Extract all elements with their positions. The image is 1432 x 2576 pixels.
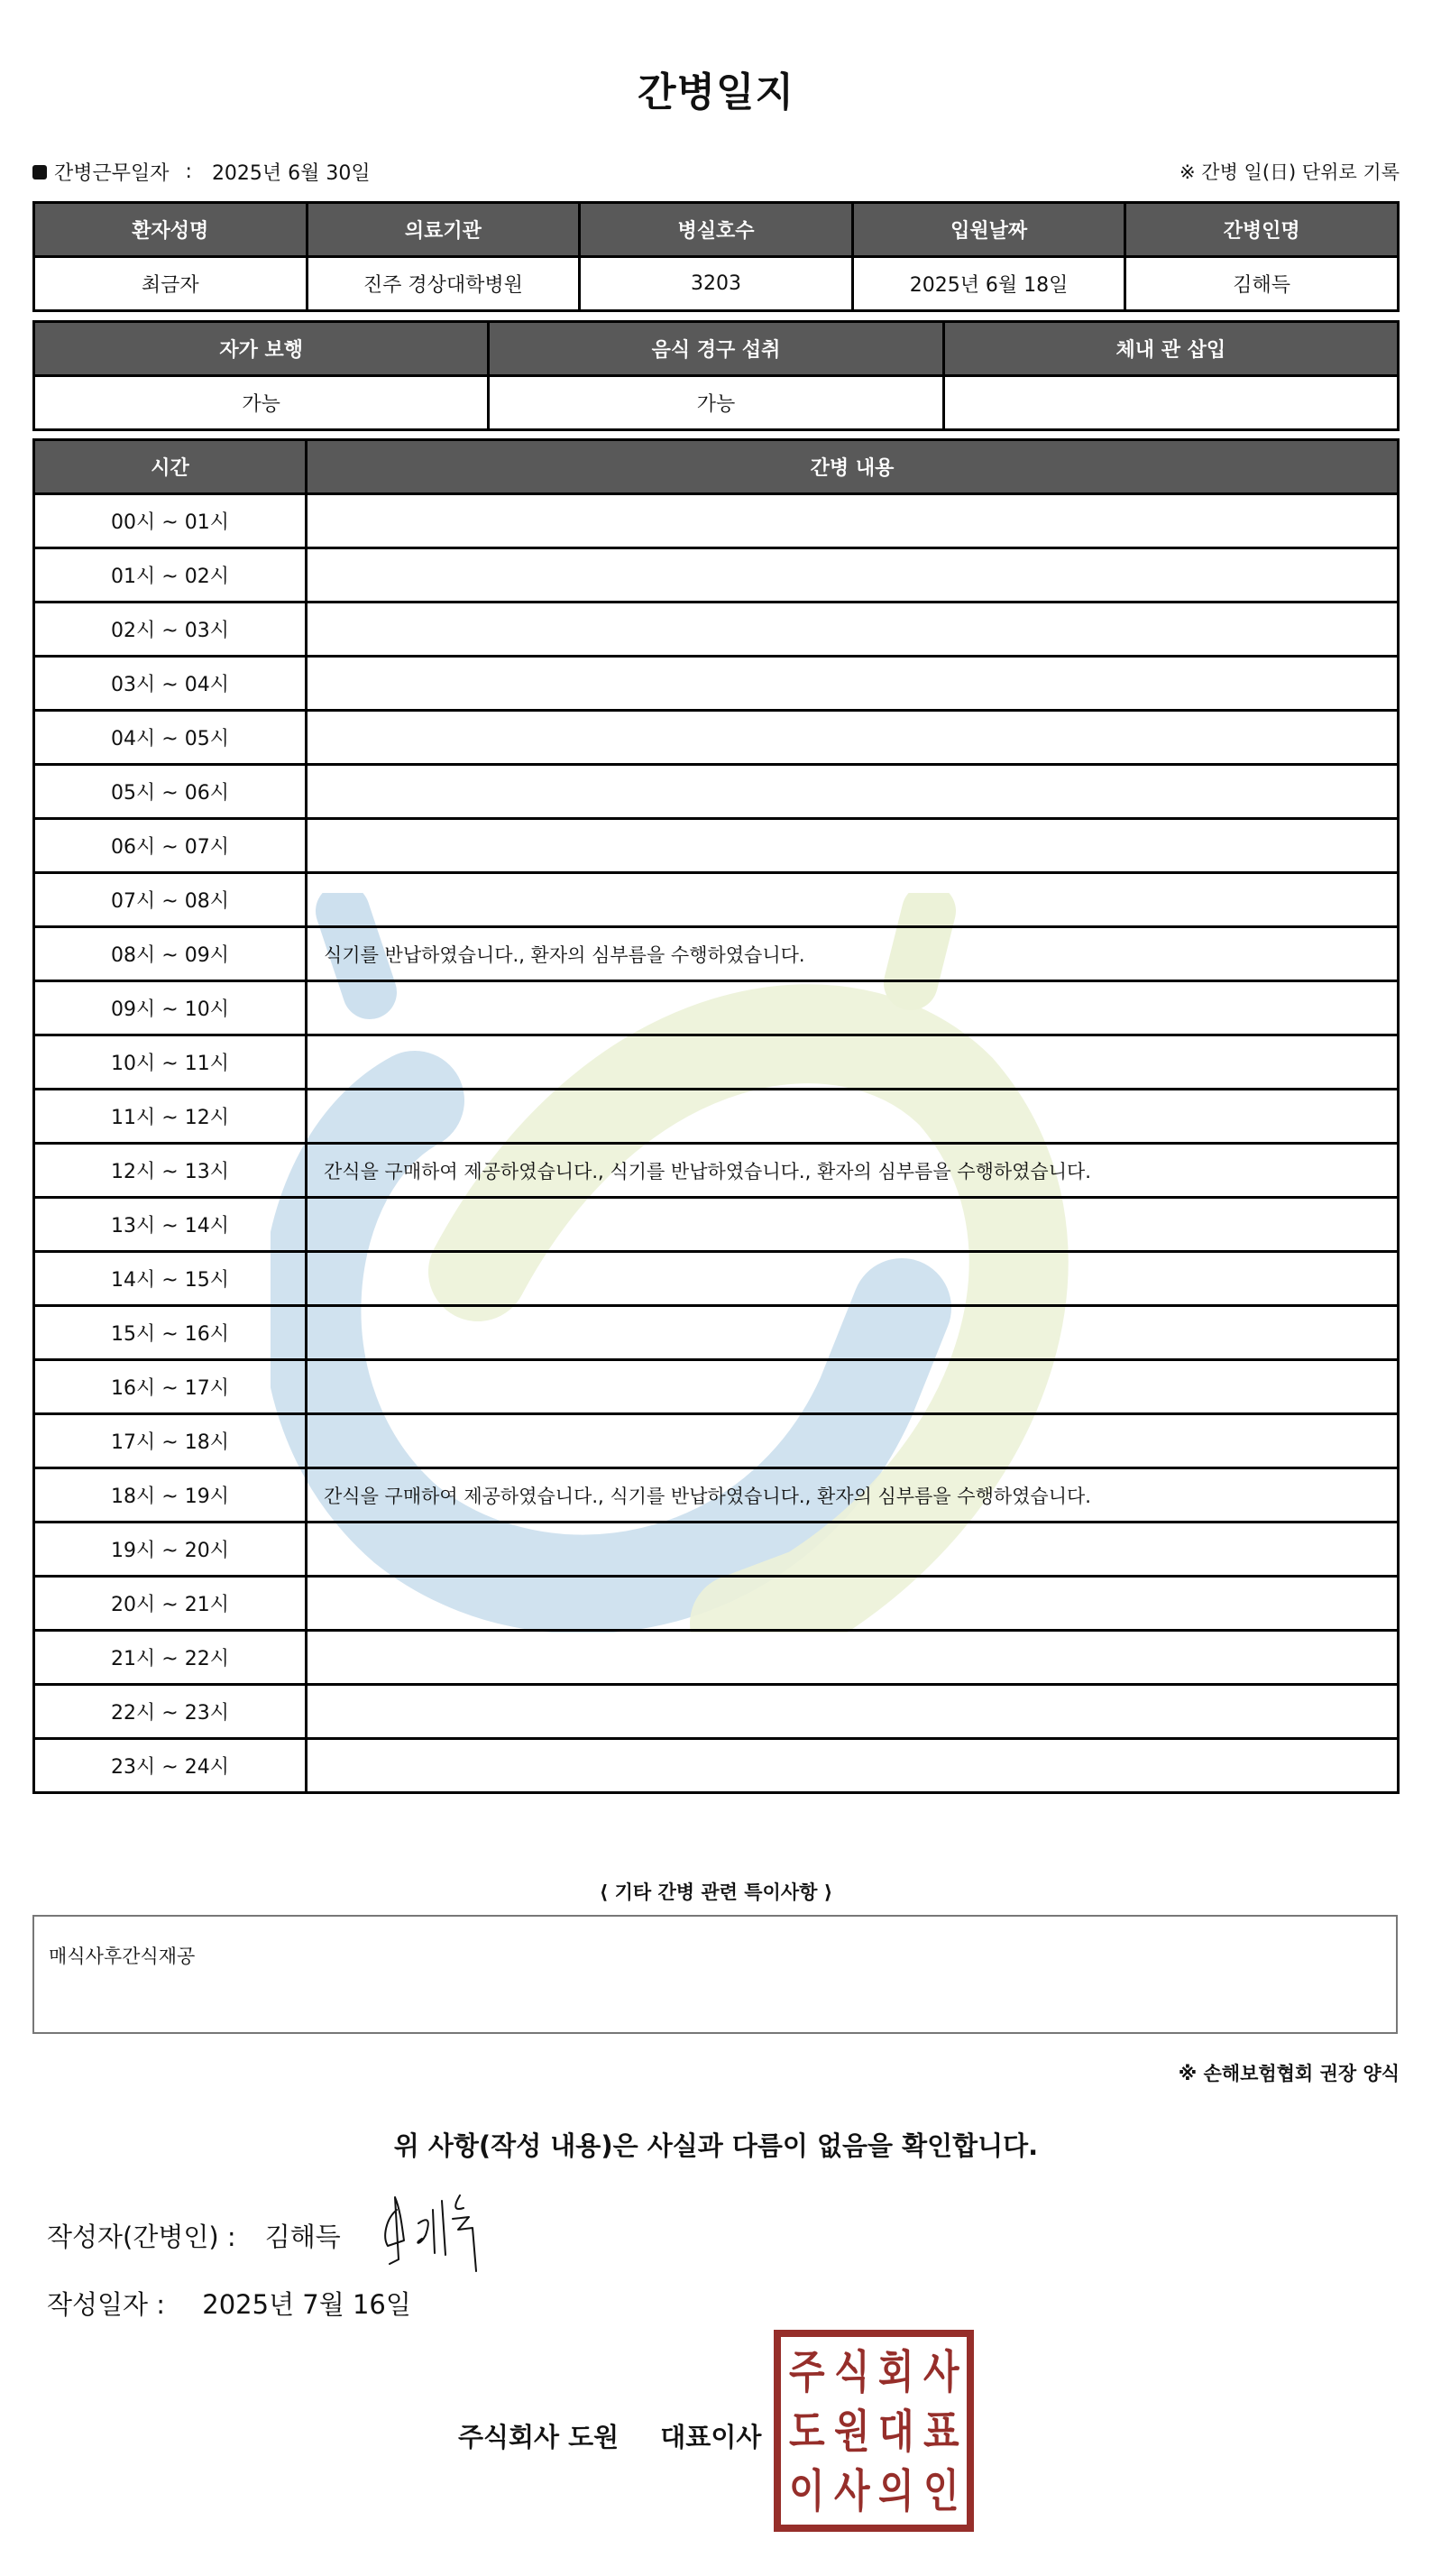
seal-character: 사	[833, 2461, 870, 2521]
time-slot-cell: 18시 ~ 19시	[34, 1468, 307, 1523]
care-content-cell: 식기를 반납하였습니다., 환자의 심부름을 수행하였습니다.	[307, 927, 1399, 981]
care-content-cell	[307, 711, 1399, 765]
care-content-cell	[307, 494, 1399, 548]
table-row: 00시 ~ 01시	[34, 494, 1399, 548]
time-slot-cell: 13시 ~ 14시	[34, 1198, 307, 1252]
time-slot-cell: 12시 ~ 13시	[34, 1144, 307, 1198]
table-row: 04시 ~ 05시	[34, 711, 1399, 765]
care-content-cell: 간식을 구매하여 제공하였습니다., 식기를 반납하였습니다., 환자의 심부름…	[307, 1144, 1399, 1198]
seal-character: 의	[877, 2461, 914, 2521]
remarks-title: ⟨ 기타 간병 관련 특이사항 ⟩	[0, 1878, 1432, 1905]
table-row: 08시 ~ 09시식기를 반납하였습니다., 환자의 심부름을 수행하였습니다.	[34, 927, 1399, 981]
header-tube-insertion: 체내 관 삽입	[943, 322, 1398, 376]
care-content-cell	[307, 819, 1399, 873]
patient-status-table: 자가 보행 음식 경구 섭취 체내 관 삽입 가능 가능	[32, 320, 1400, 431]
care-content-cell	[307, 765, 1399, 819]
table-row: 03시 ~ 04시	[34, 657, 1399, 711]
care-content-cell	[307, 1739, 1399, 1793]
time-slot-cell: 19시 ~ 20시	[34, 1523, 307, 1577]
remarks-box: 매식사후간식재공	[32, 1915, 1398, 2034]
signature-icon	[377, 2192, 521, 2273]
seal-character: 인	[923, 2461, 959, 2521]
company-name: 주식회사 도원	[458, 2422, 619, 2452]
table-row: 18시 ~ 19시간식을 구매하여 제공하였습니다., 식기를 반납하였습니다.…	[34, 1468, 1399, 1523]
admission-date-cell: 2025년 6월 18일	[852, 257, 1125, 311]
time-slot-cell: 04시 ~ 05시	[34, 711, 307, 765]
writer-label: 작성자(간병인) :	[47, 2217, 236, 2254]
table-row: 02시 ~ 03시	[34, 603, 1399, 657]
care-content-cell	[307, 1414, 1399, 1468]
care-date-label: 간병근무일자	[54, 158, 170, 186]
self-walking-cell: 가능	[34, 376, 489, 430]
seal-character: 사	[923, 2342, 959, 2402]
header-hospital: 의료기관	[307, 203, 580, 257]
care-date-line: 간병근무일자 : 2025년 6월 30일	[32, 158, 371, 186]
time-slot-cell: 20시 ~ 21시	[34, 1577, 307, 1631]
table-row: 15시 ~ 16시	[34, 1306, 1399, 1360]
written-date-line: 작성일자 : 2025년 7월 16일	[47, 2285, 411, 2322]
header-caregiver-name: 간병인명	[1125, 203, 1399, 257]
header-self-walking: 자가 보행	[34, 322, 489, 376]
patient-name-cell: 최금자	[34, 257, 308, 311]
room-number-cell: 3203	[580, 257, 853, 311]
time-slot-cell: 10시 ~ 11시	[34, 1035, 307, 1090]
care-date-value: 2025년 6월 30일	[212, 158, 371, 186]
care-content-cell	[307, 1523, 1399, 1577]
seal-character: 대	[877, 2402, 914, 2461]
header-patient-name: 환자성명	[34, 203, 308, 257]
confirmation-statement: 위 사항(작성 내용)은 사실과 다름이 없음을 확인합니다.	[0, 2126, 1432, 2163]
table-row: 17시 ~ 18시	[34, 1414, 1399, 1468]
time-slot-cell: 11시 ~ 12시	[34, 1090, 307, 1144]
seal-character: 이	[788, 2461, 825, 2521]
care-content-cell	[307, 1252, 1399, 1306]
bullet-square-icon	[32, 165, 47, 179]
table-row: 01시 ~ 02시	[34, 548, 1399, 603]
time-slot-cell: 15시 ~ 16시	[34, 1306, 307, 1360]
written-date-label: 작성일자 :	[47, 2289, 165, 2320]
remarks-text: 매식사후간식재공	[49, 1942, 195, 1969]
patient-info-table: 환자성명 의료기관 병실호수 입원날짜 간병인명 최금자 진주 경상대학병원 3…	[32, 201, 1400, 312]
care-log-table: 시간 간병 내용 00시 ~ 01시01시 ~ 02시02시 ~ 03시03시 …	[32, 438, 1400, 1794]
header-admission-date: 입원날짜	[852, 203, 1125, 257]
time-slot-cell: 07시 ~ 08시	[34, 873, 307, 927]
caregiver-name-cell: 김해득	[1125, 257, 1399, 311]
table-row: 11시 ~ 12시	[34, 1090, 1399, 1144]
table-row: 16시 ~ 17시	[34, 1360, 1399, 1414]
writer-name: 김해득	[265, 2217, 341, 2254]
table-row: 14시 ~ 15시	[34, 1252, 1399, 1306]
time-slot-cell: 05시 ~ 06시	[34, 765, 307, 819]
seal-character: 회	[877, 2342, 914, 2402]
table-row: 13시 ~ 14시	[34, 1198, 1399, 1252]
daily-record-note: ※ 간병 일(日) 단위로 기록	[1180, 158, 1400, 185]
care-content-cell	[307, 1685, 1399, 1739]
time-slot-cell: 22시 ~ 23시	[34, 1685, 307, 1739]
care-content-cell	[307, 1090, 1399, 1144]
header-time: 시간	[34, 440, 307, 494]
seal-character: 주	[788, 2342, 825, 2402]
header-oral-intake: 음식 경구 섭취	[489, 322, 943, 376]
company-signoff: 주식회사 도원 대표이사	[458, 2417, 761, 2454]
oral-intake-cell: 가능	[489, 376, 943, 430]
time-slot-cell: 01시 ~ 02시	[34, 548, 307, 603]
time-slot-cell: 08시 ~ 09시	[34, 927, 307, 981]
care-content-cell	[307, 1360, 1399, 1414]
time-slot-cell: 14시 ~ 15시	[34, 1252, 307, 1306]
company-ceo-title: 대표이사	[660, 2422, 761, 2452]
hospital-cell: 진주 경상대학병원	[307, 257, 580, 311]
table-row: 10시 ~ 11시	[34, 1035, 1399, 1090]
care-content-cell	[307, 1631, 1399, 1685]
seal-character: 도	[788, 2402, 825, 2461]
table-row: 20시 ~ 21시	[34, 1577, 1399, 1631]
seal-character: 식	[833, 2342, 870, 2402]
time-slot-cell: 00시 ~ 01시	[34, 494, 307, 548]
table-row: 22시 ~ 23시	[34, 1685, 1399, 1739]
care-content-cell	[307, 1577, 1399, 1631]
time-slot-cell: 02시 ~ 03시	[34, 603, 307, 657]
table-row: 23시 ~ 24시	[34, 1739, 1399, 1793]
time-slot-cell: 09시 ~ 10시	[34, 981, 307, 1035]
seal-character: 원	[833, 2402, 870, 2461]
care-content-cell	[307, 548, 1399, 603]
form-source-note: ※ 손해보험협회 권장 양식	[1179, 2059, 1400, 2086]
care-content-cell	[307, 981, 1399, 1035]
care-content-cell	[307, 603, 1399, 657]
table-row: 06시 ~ 07시	[34, 819, 1399, 873]
care-content-cell	[307, 873, 1399, 927]
table-row: 21시 ~ 22시	[34, 1631, 1399, 1685]
time-slot-cell: 03시 ~ 04시	[34, 657, 307, 711]
tube-insertion-cell	[943, 376, 1398, 430]
seal-character: 표	[923, 2402, 959, 2461]
time-slot-cell: 17시 ~ 18시	[34, 1414, 307, 1468]
care-content-cell	[307, 657, 1399, 711]
header-room-number: 병실호수	[580, 203, 853, 257]
page-title: 간병일지	[0, 60, 1432, 117]
care-content-cell: 간식을 구매하여 제공하였습니다., 식기를 반납하였습니다., 환자의 심부름…	[307, 1468, 1399, 1523]
table-row: 09시 ~ 10시	[34, 981, 1399, 1035]
written-date-value: 2025년 7월 16일	[202, 2289, 411, 2320]
table-row: 12시 ~ 13시간식을 구매하여 제공하였습니다., 식기를 반납하였습니다.…	[34, 1144, 1399, 1198]
time-slot-cell: 16시 ~ 17시	[34, 1360, 307, 1414]
care-date-colon: :	[186, 161, 192, 183]
table-row: 05시 ~ 06시	[34, 765, 1399, 819]
time-slot-cell: 06시 ~ 07시	[34, 819, 307, 873]
table-row: 19시 ~ 20시	[34, 1523, 1399, 1577]
care-content-cell	[307, 1198, 1399, 1252]
writer-line: 작성자(간병인) : 김해득	[47, 2217, 341, 2254]
company-seal-stamp: 주식회사도원대표이사의인	[774, 2330, 974, 2532]
time-slot-cell: 21시 ~ 22시	[34, 1631, 307, 1685]
header-care-content: 간병 내용	[307, 440, 1399, 494]
table-row: 07시 ~ 08시	[34, 873, 1399, 927]
care-content-cell	[307, 1035, 1399, 1090]
time-slot-cell: 23시 ~ 24시	[34, 1739, 307, 1793]
care-content-cell	[307, 1306, 1399, 1360]
